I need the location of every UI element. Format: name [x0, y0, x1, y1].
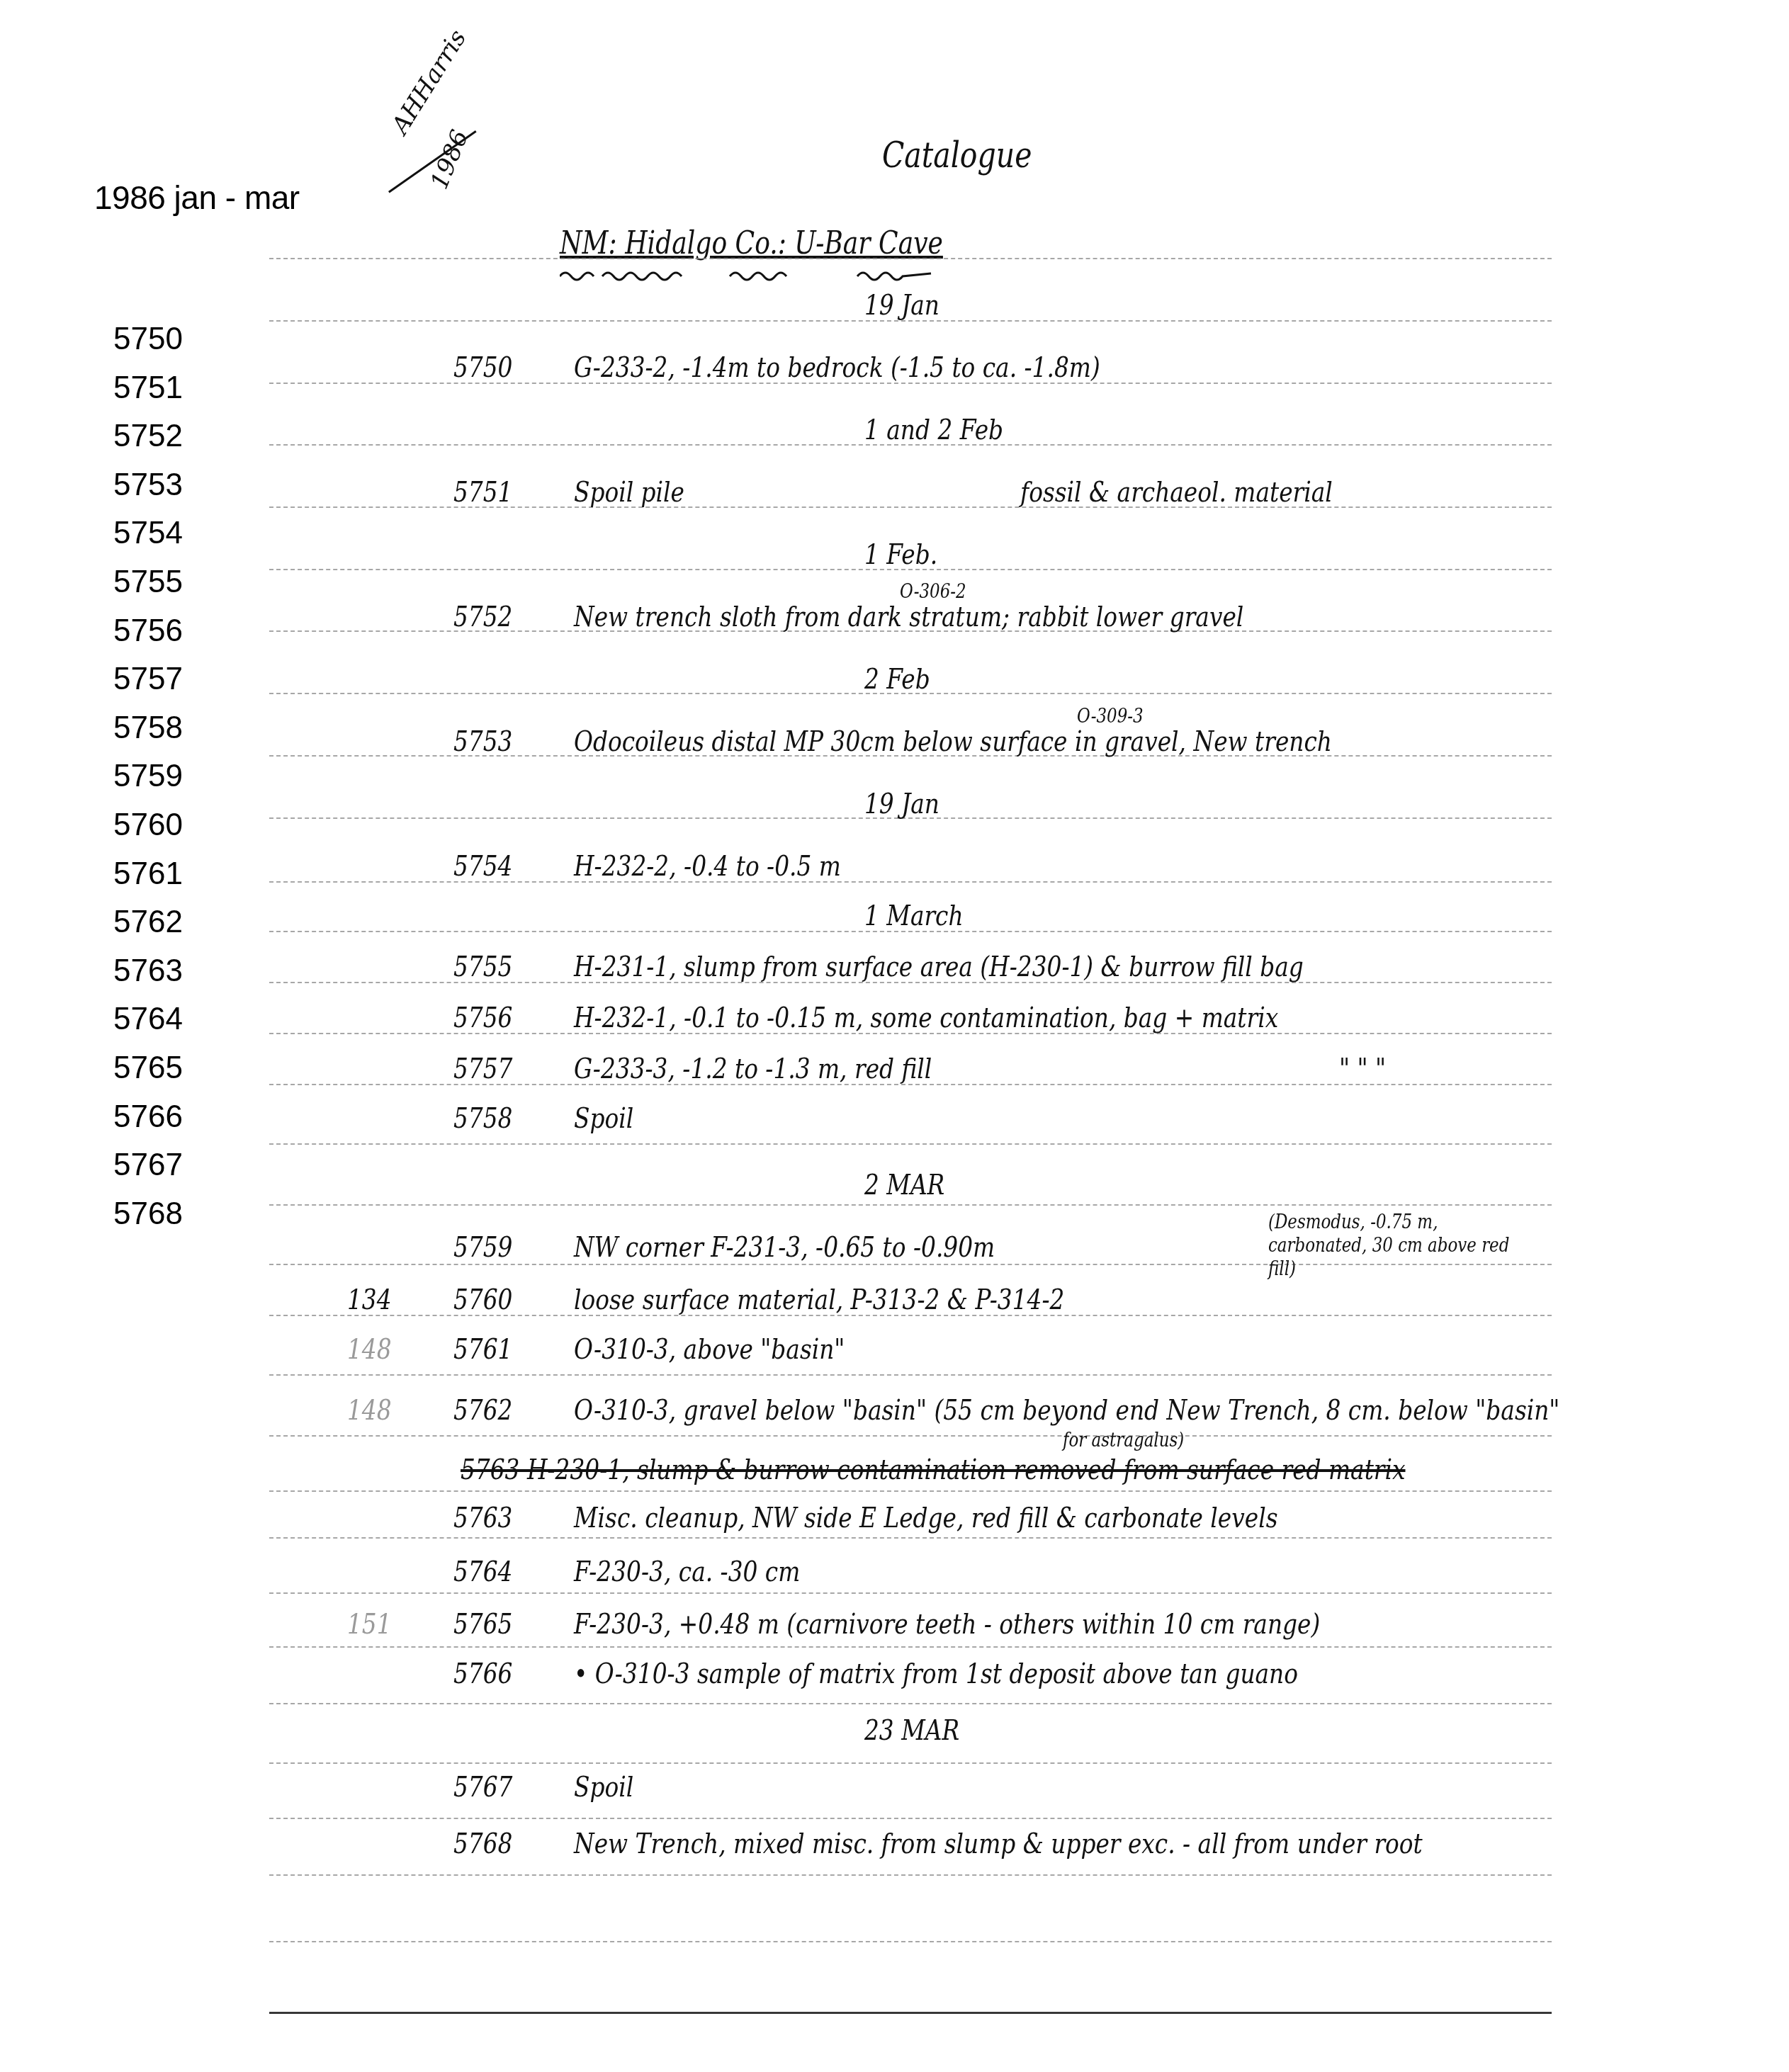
- ruled-line: [269, 1204, 1552, 1206]
- printed-number: 5756: [113, 607, 183, 656]
- ruled-line: [269, 1703, 1552, 1704]
- catalog-number: 5759: [453, 1231, 512, 1264]
- entry-description: O-310-3, gravel below "basin" (55 cm bey…: [574, 1394, 1559, 1427]
- entry-description: • O-310-3 sample of matrix from 1st depo…: [574, 1658, 1298, 1690]
- printed-number: 5757: [113, 655, 183, 704]
- entry-note: " " ": [1339, 1053, 1386, 1085]
- printed-number: 5753: [113, 461, 183, 510]
- catalog-number: 5756: [453, 1002, 512, 1034]
- entry-description: H-232-1, -0.1 to -0.15 m, some contamina…: [574, 1002, 1278, 1034]
- printed-number: 5768: [113, 1190, 183, 1239]
- ruled-line: [269, 1490, 1552, 1492]
- ruled-line: [269, 1537, 1552, 1539]
- ruled-line: [269, 1646, 1552, 1648]
- ruled-line: [269, 1143, 1552, 1145]
- printed-number: 5758: [113, 704, 183, 753]
- ruled-line: [269, 1874, 1552, 1876]
- entry-date-heading: 1 and 2 Feb: [864, 414, 1003, 446]
- entry-description: H-232-2, -0.4 to -0.5 m: [574, 850, 841, 883]
- catalog-number: 5768: [453, 1828, 512, 1860]
- catalog-number: 5750: [453, 351, 512, 384]
- catalog-number: 5761: [453, 1333, 512, 1366]
- page-title: Catalogue: [882, 135, 1032, 176]
- entry-description: O-310-3, above "basin": [574, 1333, 845, 1366]
- entry-description: NW corner F-231-3, -0.65 to -0.90m: [574, 1231, 995, 1264]
- printed-number: 5755: [113, 558, 183, 607]
- entry-description: Spoil: [574, 1771, 633, 1804]
- entry-description: loose surface material, P-313-2 & P-314-…: [574, 1284, 1064, 1316]
- entry-description: F-230-3, ca. -30 cm: [574, 1556, 800, 1588]
- entry-continuation: for astragalus): [1063, 1428, 1184, 1451]
- printed-number: 5750: [113, 315, 183, 364]
- margin-annotation: 148: [347, 1333, 392, 1366]
- entry-date-heading: 2 Feb: [864, 663, 930, 696]
- struck-entry: 5763 H-230-1, slump & burrow contaminati…: [461, 1454, 1405, 1486]
- catalog-number: 5765: [453, 1608, 512, 1641]
- catalog-number: 5762: [453, 1394, 512, 1427]
- entry-date-heading: 1 Feb.: [864, 538, 937, 571]
- printed-catalog-number-list: 5750 5751 5752 5753 5754 5755 5756 5757 …: [113, 315, 183, 1238]
- author-signature: AHHarris: [386, 25, 472, 139]
- catalog-number: 5764: [453, 1556, 512, 1588]
- ruled-line: [269, 258, 1552, 259]
- entry-description: New Trench, mixed misc. from slump & upp…: [574, 1828, 1423, 1860]
- ruled-line: [269, 1592, 1552, 1594]
- ruled-line: [269, 1374, 1552, 1376]
- page-bottom-rule: [269, 2012, 1552, 2014]
- catalog-number: 5757: [453, 1053, 512, 1085]
- entry-description: Misc. cleanup, NW side E Ledge, red fill…: [574, 1502, 1278, 1534]
- entry-date-heading: 19 Jan: [864, 289, 939, 322]
- entry-description: G-233-2, -1.4m to bedrock (-1.5 to ca. -…: [574, 351, 1100, 384]
- entry-description: Spoil: [574, 1102, 633, 1135]
- catalog-number: 5751: [453, 476, 512, 509]
- printed-number: 5760: [113, 801, 183, 850]
- catalog-number: 5763: [453, 1502, 512, 1534]
- entry-description: Spoil pile: [574, 476, 684, 509]
- entry-note: (Desmodus, -0.75 m, carbonated, 30 cm ab…: [1268, 1210, 1518, 1280]
- catalog-number: 5755: [453, 951, 512, 983]
- catalog-number: 5758: [453, 1102, 512, 1135]
- printed-number: 5751: [113, 364, 183, 413]
- printed-number: 5766: [113, 1093, 183, 1142]
- printed-number: 5762: [113, 898, 183, 947]
- entry-description: F-230-3, +0.48 m (carnivore teeth - othe…: [574, 1608, 1320, 1641]
- entry-description: H-231-1, slump from surface area (H-230-…: [574, 951, 1304, 983]
- margin-annotation: 134: [347, 1284, 392, 1316]
- entry-description: G-233-3, -1.2 to -1.3 m, red fill: [574, 1053, 932, 1085]
- catalog-number: 5752: [453, 601, 512, 633]
- margin-annotation: 151: [347, 1608, 392, 1641]
- catalog-number: 5766: [453, 1658, 512, 1690]
- entry-note: fossil & archaeol. material: [1020, 476, 1333, 509]
- entry-date-heading: 19 Jan: [864, 788, 939, 820]
- printed-number: 5752: [113, 412, 183, 461]
- catalog-number: 5753: [453, 725, 512, 758]
- specimen-superscript: O-309-3: [1077, 704, 1144, 728]
- entry-description: Odocoileus distal MP 30cm below surface …: [574, 725, 1332, 758]
- catalog-number: 5767: [453, 1771, 512, 1804]
- printed-number: 5754: [113, 509, 183, 558]
- catalog-number: 5754: [453, 850, 512, 883]
- specimen-superscript: O-306-2: [900, 579, 966, 603]
- entry-date-heading: 2 MAR: [864, 1169, 944, 1201]
- date-range-label: 1986 jan - mar: [94, 179, 300, 217]
- printed-number: 5764: [113, 995, 183, 1044]
- locality-heading: NM: Hidalgo Co.: U-Bar Cave: [560, 225, 943, 261]
- ruled-line: [269, 1762, 1552, 1764]
- ruled-line: [269, 1435, 1552, 1437]
- printed-number: 5767: [113, 1141, 183, 1190]
- entry-description: New trench sloth from dark stratum; rabb…: [574, 601, 1243, 633]
- printed-number: 5763: [113, 947, 183, 996]
- locality-underline-squiggle: [560, 268, 1013, 282]
- printed-number: 5759: [113, 752, 183, 801]
- ruled-line: [269, 1818, 1552, 1819]
- entry-date-heading: 23 MAR: [864, 1714, 959, 1747]
- printed-number: 5765: [113, 1044, 183, 1093]
- printed-number: 5761: [113, 850, 183, 899]
- catalog-number: 5760: [453, 1284, 512, 1316]
- margin-annotation: 148: [347, 1394, 392, 1427]
- catalogue-page: 1986 jan - mar AHHarris 1986 Catalogue N…: [0, 0, 1789, 2072]
- ruled-line: [269, 1941, 1552, 1942]
- entry-date-heading: 1 March: [864, 900, 964, 932]
